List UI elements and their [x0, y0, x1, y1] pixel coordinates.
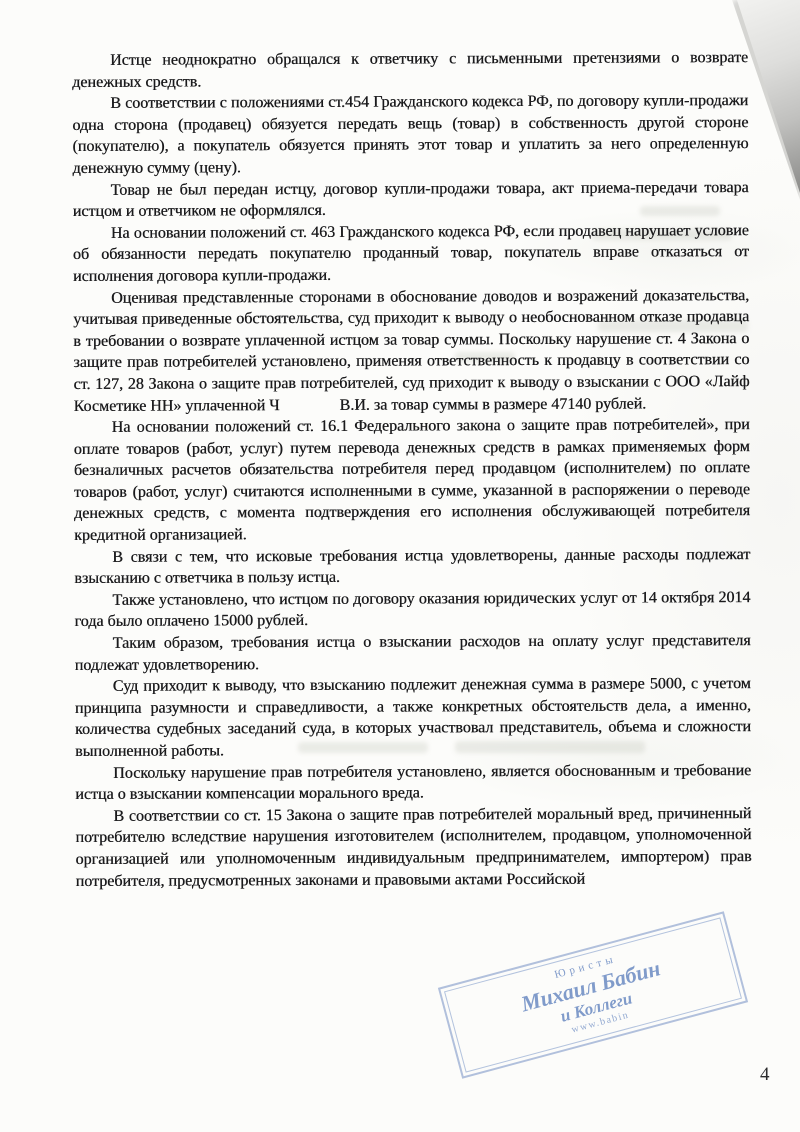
paragraph: В связи с тем, что исковые требования ис…	[74, 544, 750, 590]
paragraph: На основании положений ст. 16.1 Федераль…	[74, 414, 751, 547]
paragraph: Оценивая представленные сторонами в обос…	[73, 285, 750, 418]
paragraph: Таким образом, требования истца о взыска…	[75, 630, 751, 676]
paragraph: Поскольку нарушение прав потребителя уст…	[75, 760, 751, 806]
paragraph: В соответствии с положениями ст.454 Граж…	[72, 90, 748, 179]
document-body-text: Истце неоднократно обращался к ответчику…	[72, 47, 752, 892]
page-number: 4	[760, 1064, 770, 1086]
stamp-name: Михаил Бабин	[518, 955, 663, 1016]
paragraph: Суд приходит к выводу, что взысканию под…	[75, 673, 751, 762]
stamp-label: Юристы	[553, 953, 618, 982]
paragraph: В соответствии со ст. 15 Закона о защите…	[75, 803, 751, 892]
law-firm-stamp: Юристы Михаил Бабин и Коллеги www.babin	[438, 911, 748, 1078]
paragraph: Истце неоднократно обращался к ответчику…	[72, 47, 748, 93]
paragraph: На основании положений ст. 463 Гражданск…	[73, 220, 749, 288]
stamp-website: www.babin	[570, 1010, 630, 1037]
paragraph: Товар не был передан истцу, договор купл…	[73, 177, 749, 223]
paragraph: Также установлено, что истцом по договор…	[74, 587, 750, 633]
scanned-court-document-page: Юристы Михаил Бабин и Коллеги www.babin …	[0, 0, 800, 1132]
